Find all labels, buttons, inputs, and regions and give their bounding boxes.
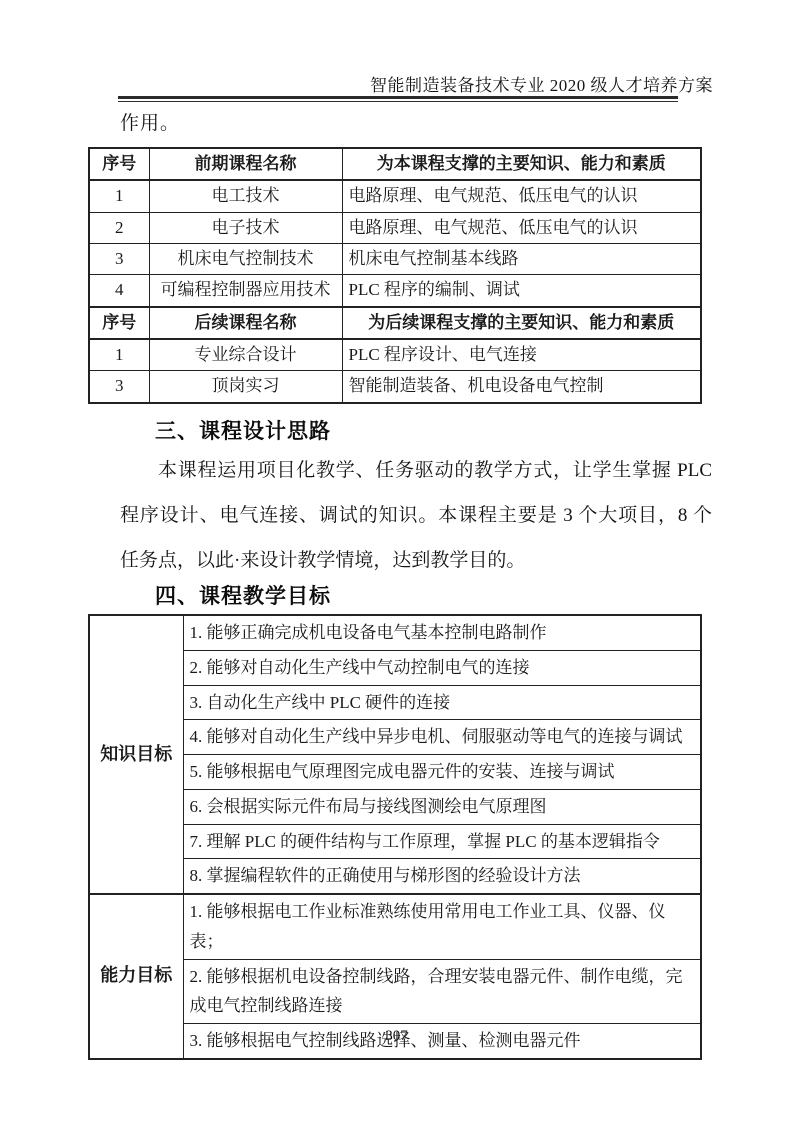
course-name-cell: 专业综合设计 [149,339,342,371]
table-row: 2 电子技术 电路原理、电气规范、低压电气的认识 [89,212,701,243]
intro-paragraph: 作用。 [120,108,180,135]
table-row: 1 电工技术 电路原理、电气规范、低压电气的认识 [89,180,701,212]
table-row: 1 专业综合设计 PLC 程序设计、电气连接 [89,339,701,371]
paragraph-line: 本课程运用项目化教学、任务驱动的教学方式，让学生掌握 PLC [120,448,712,493]
course-desc-cell: PLC 程序的编制、调试 [342,275,701,307]
course-name-cell: 机床电气控制技术 [149,244,342,275]
serial-cell: 4 [89,275,149,307]
goal-item: 8. 掌握编程软件的正确使用与梯形图的经验设计方法 [183,859,701,894]
goal-item: 3. 自动化生产线中 PLC 硬件的连接 [183,685,701,720]
column-header: 为本课程支撑的主要知识、能力和素质 [342,148,701,180]
goal-item: 6. 会根据实际元件布局与接线图测绘电气原理图 [183,789,701,824]
section-heading-design: 三、课程设计思路 [155,415,331,445]
section-heading-goals: 四、课程教学目标 [155,580,331,610]
course-desc-cell: 电路原理、电气规范、低压电气的认识 [342,180,701,212]
course-name-cell: 电工技术 [149,180,342,212]
paragraph-line: 任务点，以此·来设计教学情境，达到教学目的。 [120,538,712,583]
goal-item: 1. 能够根据电工作业标准熟练使用常用电工作业工具、仪器、仪表； [183,894,701,959]
course-name-cell: 顶岗实习 [149,371,342,403]
serial-cell: 3 [89,371,149,403]
goal-item: 2. 能够根据机电设备控制线路，合理安装电器元件、制作电缆，完成电气控制线路连接 [183,959,701,1024]
table-row: 3 顶岗实习 智能制造装备、机电设备电气控制 [89,371,701,403]
column-header: 前期课程名称 [149,148,342,180]
paragraph-line: 程序设计、电气连接、调试的知识。本课程主要是 3 个大项目，8 个 [120,493,712,538]
serial-cell: 3 [89,244,149,275]
course-name-cell: 电子技术 [149,212,342,243]
goal-item: 4. 能够对自动化生产线中异步电机、伺服驱动等电气的连接与调试 [183,720,701,755]
goal-group-label: 知识目标 [89,615,183,894]
table-row: 3 机床电气控制技术 机床电气控制基本线路 [89,244,701,275]
course-name-cell: 可编程控制器应用技术 [149,275,342,307]
column-header: 序号 [89,307,149,339]
column-header: 为后续课程支撑的主要知识、能力和素质 [342,307,701,339]
course-desc-cell: 电路原理、电气规范、低压电气的认识 [342,212,701,243]
pre-course-header-row: 序号 前期课程名称 为本课程支撑的主要知识、能力和素质 [89,148,701,180]
page-number: 307 [0,1028,793,1045]
design-paragraph: 本课程运用项目化教学、任务驱动的教学方式，让学生掌握 PLC 程序设计、电气连接… [120,448,712,583]
header-divider-rule [118,96,678,102]
knowledge-goals-group: 知识目标 1. 能够正确完成机电设备电气基本控制电路制作 2. 能够对自动化生产… [89,615,701,894]
column-header: 后续课程名称 [149,307,342,339]
teaching-goals-table: 知识目标 1. 能够正确完成机电设备电气基本控制电路制作 2. 能够对自动化生产… [88,614,702,1060]
serial-cell: 1 [89,180,149,212]
course-desc-cell: PLC 程序设计、电气连接 [342,339,701,371]
serial-cell: 1 [89,339,149,371]
course-desc-cell: 智能制造装备、机电设备电气控制 [342,371,701,403]
goal-row: 能力目标 1. 能够根据电工作业标准熟练使用常用电工作业工具、仪器、仪表； [89,894,701,959]
table-row: 4 可编程控制器应用技术 PLC 程序的编制、调试 [89,275,701,307]
document-page: 智能制造装备技术专业 2020 级人才培养方案 作用。 序号 前期课程名称 为本… [0,0,793,1122]
goal-item: 2. 能够对自动化生产线中气动控制电气的连接 [183,650,701,685]
serial-cell: 2 [89,212,149,243]
post-course-header-row: 序号 后续课程名称 为后续课程支撑的主要知识、能力和素质 [89,307,701,339]
column-header: 序号 [89,148,149,180]
goal-row: 知识目标 1. 能够正确完成机电设备电气基本控制电路制作 [89,615,701,650]
goal-item: 1. 能够正确完成机电设备电气基本控制电路制作 [183,615,701,650]
course-desc-cell: 机床电气控制基本线路 [342,244,701,275]
running-header-title: 智能制造装备技术专业 2020 级人才培养方案 [370,71,713,96]
goal-item: 5. 能够根据电气原理图完成电器元件的安装、连接与调试 [183,755,701,790]
goal-item: 7. 理解 PLC 的硬件结构与工作原理，掌握 PLC 的基本逻辑指令 [183,824,701,859]
prerequisite-course-table: 序号 前期课程名称 为本课程支撑的主要知识、能力和素质 1 电工技术 电路原理、… [88,147,702,404]
